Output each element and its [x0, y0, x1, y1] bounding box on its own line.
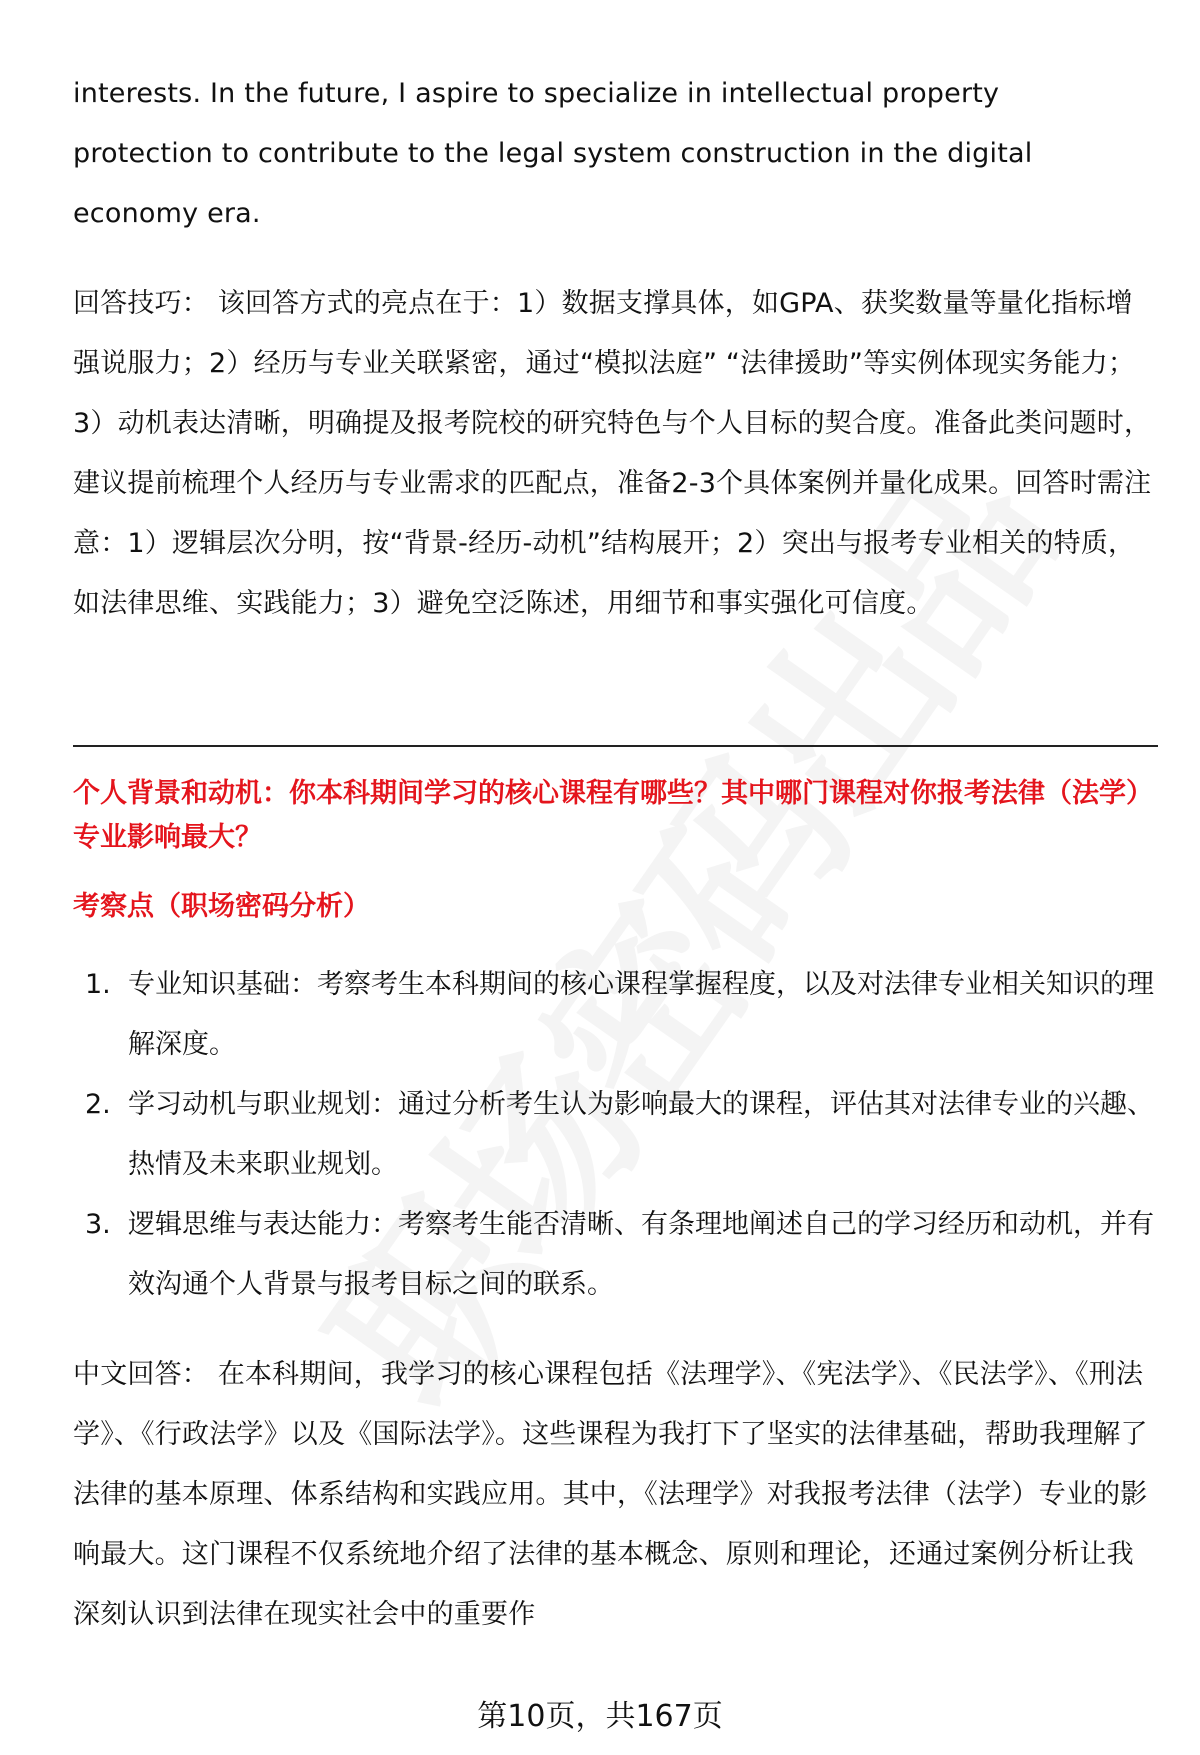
list-text: 学习动机与职业规划：通过分析考生认为影响最大的课程，评估其对法律专业的兴趣、热情… — [128, 1089, 1154, 1180]
list-item: 3.逻辑思维与表达能力：考察考生能否清晰、有条理地阐述自己的学习经历和动机，并有… — [73, 1195, 1158, 1315]
section-divider — [73, 745, 1158, 747]
analysis-points-list: 1.专业知识基础：考察考生本科期间的核心课程掌握程度，以及对法律专业相关知识的理… — [73, 955, 1158, 1315]
list-item: 1.专业知识基础：考察考生本科期间的核心课程掌握程度，以及对法律专业相关知识的理… — [73, 955, 1158, 1075]
page-indicator: 第10页，共167页 — [0, 1692, 1200, 1742]
answer-label: 中文回答： — [73, 1359, 209, 1390]
list-item: 2.学习动机与职业规划：通过分析考生认为影响最大的课程，评估其对法律专业的兴趣、… — [73, 1075, 1158, 1195]
chinese-answer-paragraph: 中文回答： 在本科期间，我学习的核心课程包括《法理学》、《宪法学》、《民法学》、… — [73, 1345, 1158, 1645]
answer-text: 在本科期间，我学习的核心课程包括《法理学》、《宪法学》、《民法学》、《刑法学》、… — [73, 1359, 1148, 1630]
tips-text: 该回答方式的亮点在于：1）数据支撑具体，如GPA、获奖数量等量化指标增强说服力；… — [73, 288, 1151, 619]
english-answer-tail: interests. In the future, I aspire to sp… — [73, 64, 1073, 244]
list-text: 专业知识基础：考察考生本科期间的核心课程掌握程度，以及对法律专业相关知识的理解深… — [128, 969, 1154, 1060]
list-number: 2. — [85, 1075, 111, 1135]
answer-tips-paragraph: 回答技巧： 该回答方式的亮点在于：1）数据支撑具体，如GPA、获奖数量等量化指标… — [73, 274, 1158, 634]
analysis-heading: 考察点（职场密码分析） — [73, 885, 370, 929]
tips-label: 回答技巧： — [73, 288, 209, 319]
list-number: 3. — [85, 1195, 111, 1255]
question-title: 个人背景和动机：你本科期间学习的核心课程有哪些？其中哪门课程对你报考法律（法学）… — [73, 772, 1158, 860]
list-text: 逻辑思维与表达能力：考察考生能否清晰、有条理地阐述自己的学习经历和动机，并有效沟… — [128, 1209, 1154, 1300]
list-number: 1. — [85, 955, 111, 1015]
